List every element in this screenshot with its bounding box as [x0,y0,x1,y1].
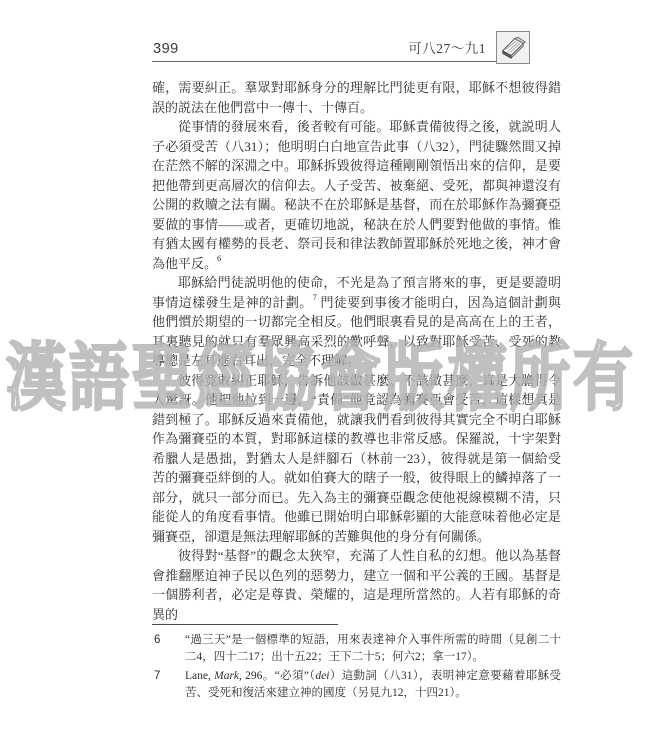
paragraph: 彼得對“基督”的觀念太狹窄，充滿了人性自私的幻想。他以為基督會推翻壓迫神子民以色… [152,546,561,624]
footnote: 6“過三天”是一個標準的短語，用來表達神介入事件所需的時間（見創二十二4，四十二… [152,632,561,665]
footnote-marker: 7 [313,292,317,302]
text-run: Mark [214,670,239,682]
chapter-reference: 可八27～九1 [408,37,486,57]
text-run: 確，需要糾正。羣眾對耶穌身分的理解比門徒更有限，耶穌不想彼得錯誤的説法在他們當中… [152,80,561,115]
page-number: 399 [153,41,179,57]
text-run: dei [315,670,329,682]
footnotes-section: 6“過三天”是一個標準的短語，用來表達神介入事件所需的時間（見創二十二4，四十二… [152,624,561,704]
text-run: , 296。“必須”（ [239,670,315,682]
footnote-text: “過三天”是一個標準的短語，用來表達神介入事件所需的時間（見創二十二4，四十二1… [185,634,561,663]
footnote-marker: 6 [217,253,221,263]
book-icon [496,31,530,64]
text-run: “過三天”是一個標準的短語，用來表達神介入事件所需的時間（見創二十二4，四十二1… [185,634,561,663]
page-header: 399 可八27～九1 [152,30,530,62]
footnote-text: Lane, Mark, 296。“必須”（dei）這動詞（八31），表明神定意要… [185,670,561,699]
text-run: 從事情的發展來看，後者較有可能。耶穌責備彼得之後，就説明人子必須受苦（八31）；… [152,119,561,271]
footnote: 7Lane, Mark, 296。“必須”（dei）這動詞（八31），表明神定意… [152,668,561,701]
footnote-number: 7 [154,668,160,685]
body-text: 確，需要糾正。羣眾對耶穌身分的理解比門徒更有限，耶穌不想彼得錯誤的説法在他們當中… [152,78,561,624]
paragraph: 確，需要糾正。羣眾對耶穌身分的理解比門徒更有限，耶穌不想彼得錯誤的説法在他們當中… [152,78,561,117]
footnote-number: 6 [154,632,160,649]
text-run: Lane, [185,670,214,682]
text-run: 彼得竟敢糾正耶穌，告訴他該做甚麼、不該做甚麼，真是大膽得令人驚訝。他把他拉到一邊… [152,373,561,544]
paragraph: 耶穌給門徒説明他的使命，不光是為了預言將來的事，更是要證明事情這樣發生是神的計劃… [152,273,561,371]
footnote-separator [152,624,338,625]
text-run: 彼得對“基督”的觀念太狹窄，充滿了人性自私的幻想。他以為基督會推翻壓迫神子民以色… [152,548,561,622]
footnote-list: 6“過三天”是一個標準的短語，用來表達神介入事件所需的時間（見創二十二4，四十二… [152,632,561,701]
paragraph: 從事情的發展來看，後者較有可能。耶穌責備彼得之後，就説明人子必須受苦（八31）；… [152,117,561,273]
paragraph: 彼得竟敢糾正耶穌，告訴他該做甚麼、不該做甚麼，真是大膽得令人驚訝。他把他拉到一邊… [152,371,561,547]
book-page: { "page": { "number": "399", "header_ref… [0,0,650,750]
